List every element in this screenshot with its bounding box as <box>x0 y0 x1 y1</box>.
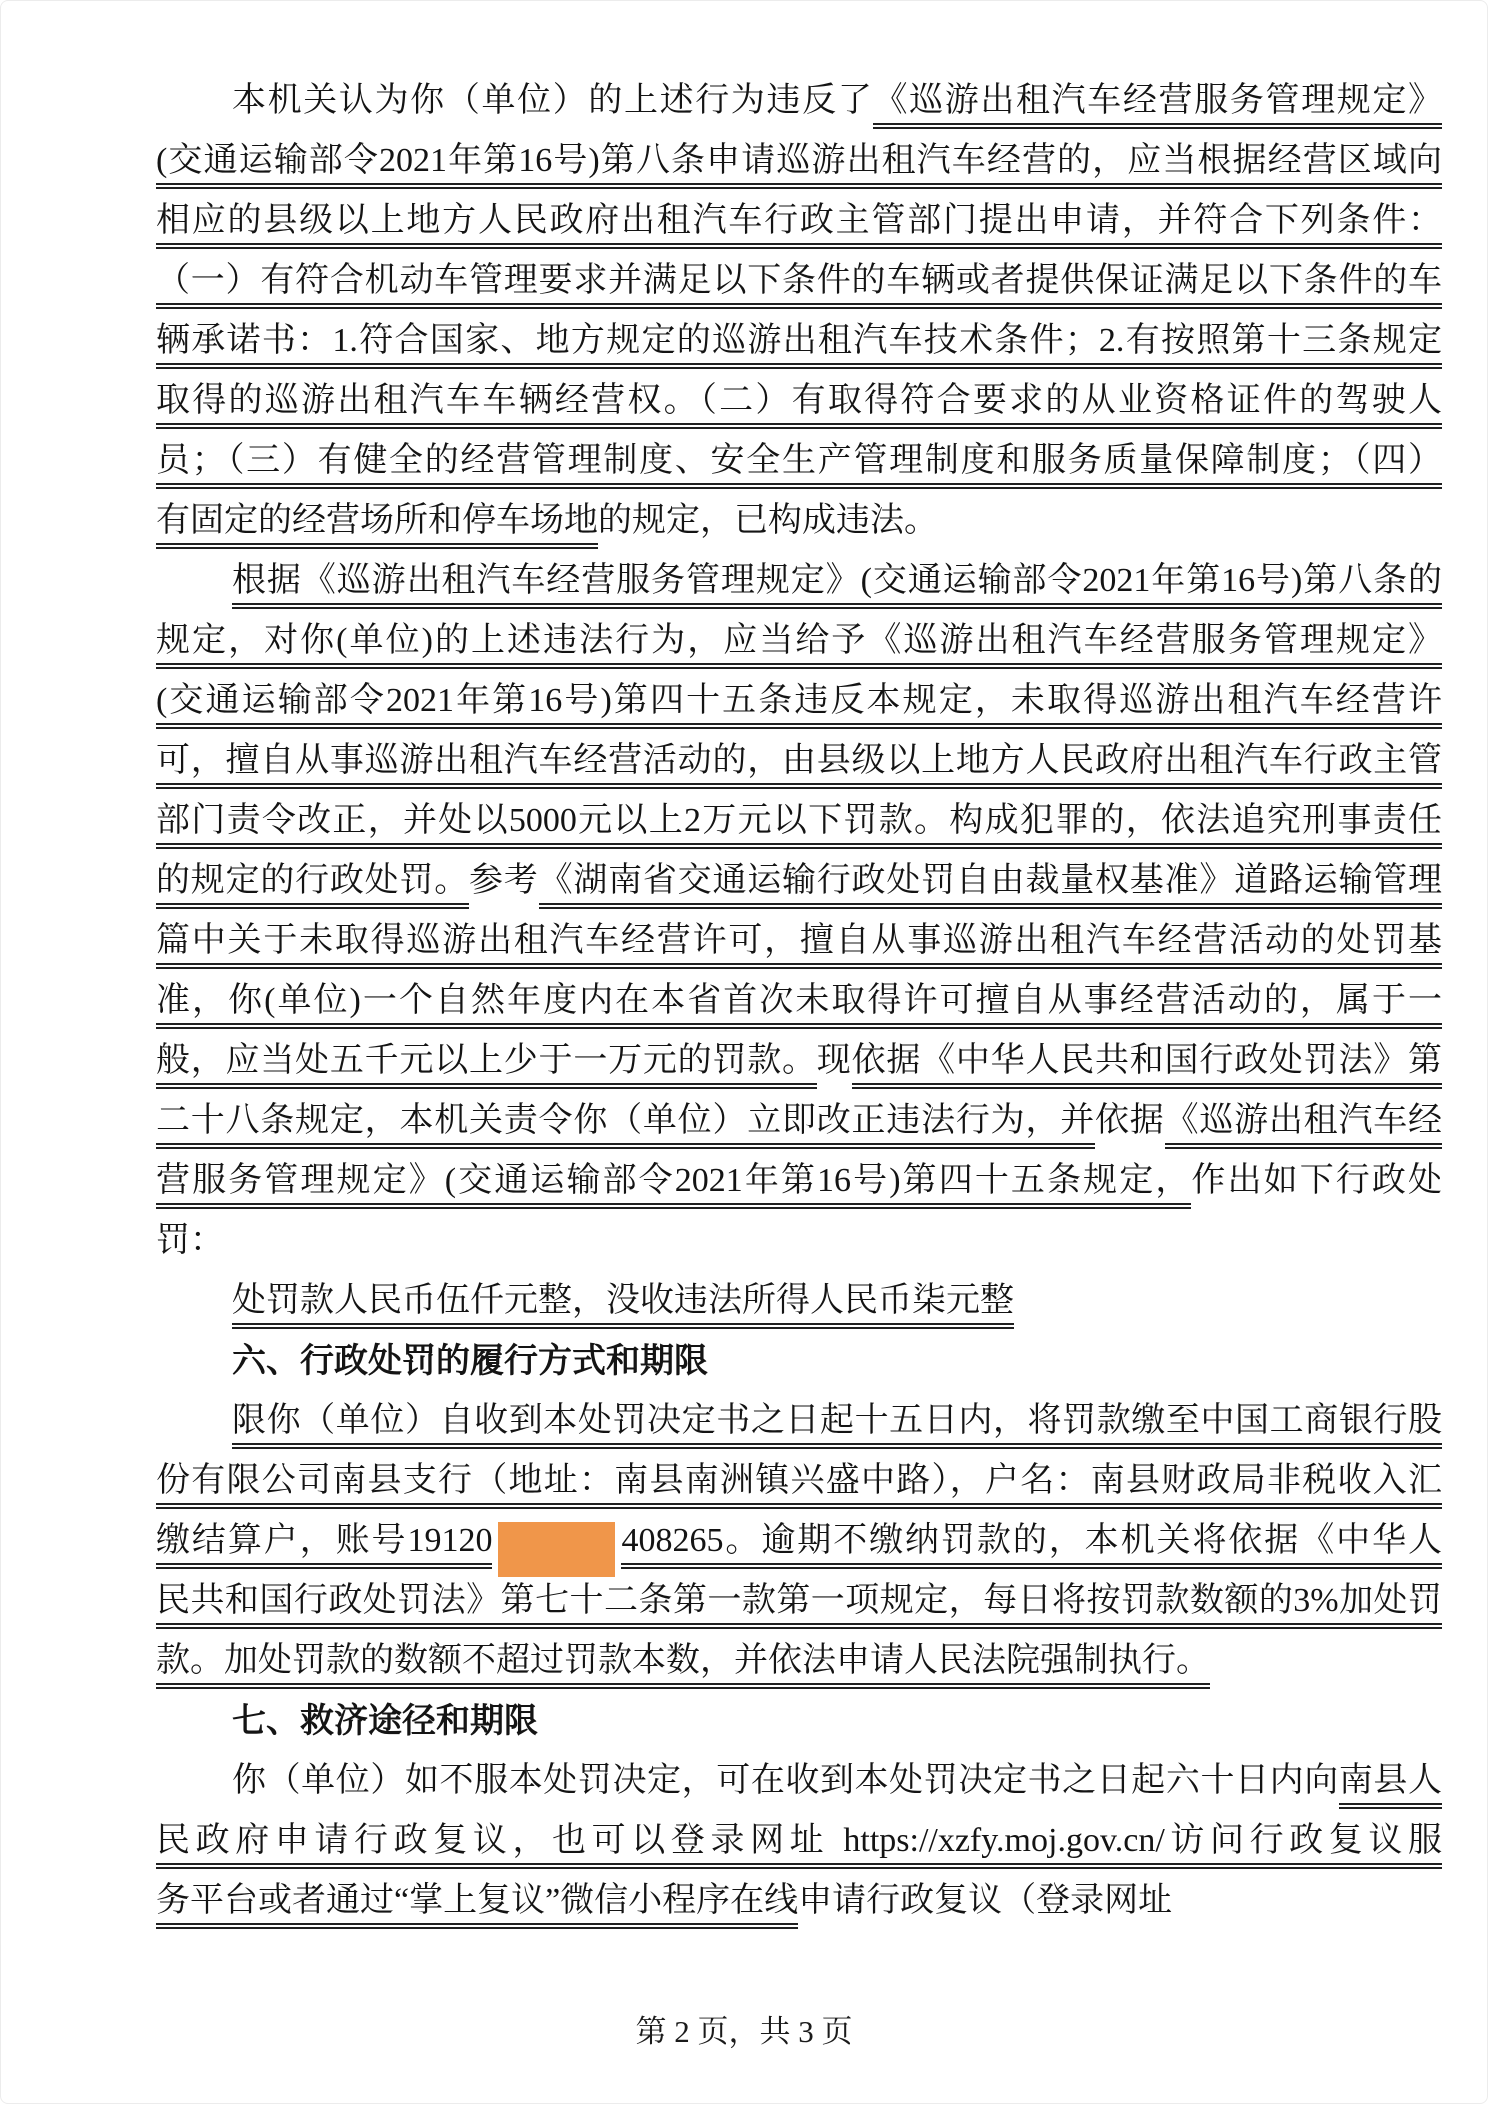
underlined-text-segment: 相应的县级以上地方人民政府出租汽车行政主管部门提出申请，并符合下列条件： <box>156 202 1442 249</box>
underlined-text-segment: 营服务管理规定》(交通运输部令2021年第16号)第四十五条规定， <box>156 1162 1191 1209</box>
underlined-text-segment: （一）有符合机动车管理要求并满足以下条件的车辆或者提供保证满足以下条件的车 <box>156 262 1442 309</box>
underlined-text-segment: 准，你(单位)一个自然年度内在本省首次未取得许可擅自从事经营活动的，属于一 <box>156 982 1442 1029</box>
underlined-text-segment: (交通运输部令2021年第16号)第四十五条违反本规定，未取得巡游出租汽车经营许 <box>156 682 1442 729</box>
text-segment: 本机关认为你（单位）的上述行为违反了 <box>232 82 873 119</box>
text-line: 款。加处罚款的数额不超过罚款本数，并依法申请人民法院强制执行。 <box>156 1631 1442 1691</box>
text-line: 限你（单位）自收到本处罚决定书之日起十五日内，将罚款缴至中国工商银行股 <box>156 1391 1442 1451</box>
document-page: 本机关认为你（单位）的上述行为违反了《巡游出租汽车经营服务管理规定》(交通运输部… <box>0 0 1488 2104</box>
underlined-text-segment: 有固定的经营场所和停车场地 <box>156 502 598 549</box>
text-segment: 的规定，已构成违法。 <box>598 502 938 539</box>
text-line: 民政府申请行政复议，也可以登录网址 https://xzfy.moj.gov.c… <box>156 1811 1442 1871</box>
text-line: 部门责令改正，并处以5000元以上2万元以下罚款。构成犯罪的，依法追究刑事责任 <box>156 791 1442 851</box>
text-line: 取得的巡游出租汽车车辆经营权。（二）有取得符合要求的从业资格证件的驾驶人 <box>156 371 1442 431</box>
text-line: 务平台或者通过“掌上复议”微信小程序在线申请行政复议（登录网址 <box>156 1871 1442 1931</box>
text-line: 民共和国行政处罚法》第七十二条第一款第一项规定，每日将按罚款数额的3%加处罚 <box>156 1571 1442 1631</box>
underlined-text-segment: 《巡游出租汽车经营服务管理规定》 <box>873 82 1442 129</box>
text-line: 缴结算户，账号19120408265。逾期不缴纳罚款的，本机关将依据《中华人 <box>156 1511 1442 1571</box>
text-line: 辆承诺书：1.符合国家、地方规定的巡游出租汽车技术条件；2.有按照第十三条规定 <box>156 311 1442 371</box>
text-line: 般，应当处五千元以上少于一万元的罚款。现依据《中华人民共和国行政处罚法》第 <box>156 1031 1442 1091</box>
text-line: 员；（三）有健全的经营管理制度、安全生产管理制度和服务质量保障制度；（四） <box>156 431 1442 491</box>
text-segment: 六、行政处罚的履行方式和期限 <box>232 1342 708 1380</box>
text-segment: 作出如下行政处 <box>1191 1162 1442 1199</box>
text-line: 相应的县级以上地方人民政府出租汽车行政主管部门提出申请，并符合下列条件： <box>156 191 1442 251</box>
page-number-footer: 第 2 页，共 3 页 <box>1 2006 1487 2051</box>
redaction-box <box>498 1522 615 1577</box>
underlined-text-segment: 份有限公司南县支行（地址：南县南洲镇兴盛中路），户名：南县财政局非税收入汇 <box>156 1462 1442 1509</box>
section-heading: 七、救济途径和期限 <box>156 1691 1442 1751</box>
text-segment: 现 <box>817 1042 852 1079</box>
underlined-text-segment: 取得的巡游出租汽车车辆经营权。（二）有取得符合要求的从业资格证件的驾驶人 <box>156 382 1442 429</box>
text-line: 根据《巡游出租汽车经营服务管理规定》(交通运输部令2021年第16号)第八条的 <box>156 551 1442 611</box>
underlined-text-segment: 依据《中华人民共和国行政处罚法》第 <box>852 1042 1442 1089</box>
underlined-text-segment: 民政府申请行政复议，也可以登录网址 https://xzfy.moj.gov.c… <box>156 1822 1442 1869</box>
underlined-text-segment: 408265。逾期不缴纳罚款的，本机关将依据《中华人 <box>621 1522 1442 1569</box>
text-line: 营服务管理规定》(交通运输部令2021年第16号)第四十五条规定，作出如下行政处 <box>156 1151 1442 1211</box>
underlined-text-segment: 《巡游出租汽车经 <box>1165 1102 1442 1149</box>
underlined-text-segment: 可，擅自从事巡游出租汽车经营活动的，由县级以上地方人民政府出租汽车行政主管 <box>156 742 1442 789</box>
text-line: 规定，对你(单位)的上述违法行为，应当给予《巡游出租汽车经营服务管理规定》 <box>156 611 1442 671</box>
text-line: (交通运输部令2021年第16号)第四十五条违反本规定，未取得巡游出租汽车经营许 <box>156 671 1442 731</box>
section-heading: 六、行政处罚的履行方式和期限 <box>156 1331 1442 1391</box>
underlined-text-segment: 辆承诺书：1.符合国家、地方规定的巡游出租汽车技术条件；2.有按照第十三条规定 <box>156 322 1442 369</box>
underlined-text-segment: 缴结算户，账号19120 <box>156 1522 492 1569</box>
underlined-text-segment: 务平台或者通过“掌上复议”微信小程序在线 <box>156 1882 798 1929</box>
underlined-text-segment: 部门责令改正，并处以5000元以上2万元以下罚款。构成犯罪的，依法追究刑事责任 <box>156 802 1442 849</box>
text-segment: 参考 <box>469 862 539 899</box>
text-line: （一）有符合机动车管理要求并满足以下条件的车辆或者提供保证满足以下条件的车 <box>156 251 1442 311</box>
document-body: 本机关认为你（单位）的上述行为违反了《巡游出租汽车经营服务管理规定》(交通运输部… <box>156 71 1442 1931</box>
underlined-text-segment: 根据《巡游出租汽车经营服务管理规定》(交通运输部令2021年第16号)第八条的 <box>232 562 1442 609</box>
text-line: 的规定的行政处罚。参考《湖南省交通运输行政处罚自由裁量权基准》道路运输管理 <box>156 851 1442 911</box>
text-line: 篇中关于未取得巡游出租汽车经营许可，擅自从事巡游出租汽车经营活动的处罚基 <box>156 911 1442 971</box>
text-line: 准，你(单位)一个自然年度内在本省首次未取得许可擅自从事经营活动的，属于一 <box>156 971 1442 1031</box>
text-line: 可，擅自从事巡游出租汽车经营活动的，由县级以上地方人民政府出租汽车行政主管 <box>156 731 1442 791</box>
text-segment: 你（单位）如不服本处罚决定，可在收到本处罚决定书之日起六十日内向 <box>232 1762 1339 1799</box>
text-line: 有固定的经营场所和停车场地的规定，已构成违法。 <box>156 491 1442 551</box>
underlined-text-segment: 《湖南省交通运输行政处罚自由裁量权基准》道路运输管理 <box>539 862 1442 909</box>
underlined-text-segment: 南县人 <box>1339 1762 1442 1809</box>
underlined-text-segment: 民共和国行政处罚法》第七十二条第一款第一项规定，每日将按罚款数额的3%加处罚 <box>156 1582 1442 1629</box>
text-line: 处罚款人民币伍仟元整，没收违法所得人民币柒元整 <box>156 1271 1442 1331</box>
underlined-text-segment: 般，应当处五千元以上少于一万元的罚款。 <box>156 1042 817 1089</box>
text-line: 你（单位）如不服本处罚决定，可在收到本处罚决定书之日起六十日内向南县人 <box>156 1751 1442 1811</box>
text-segment: 依据 <box>1095 1102 1165 1139</box>
underlined-text-segment: 的规定的行政处罚。 <box>156 862 469 909</box>
underlined-text-segment: (交通运输部令2021年第16号)第八条申请巡游出租汽车经营的，应当根据经营区域… <box>156 142 1442 189</box>
text-line: 二十八条规定，本机关责令你（单位）立即改正违法行为，并依据《巡游出租汽车经 <box>156 1091 1442 1151</box>
text-segment: 申请行政复议（登录网址 <box>798 1882 1172 1919</box>
text-line: 本机关认为你（单位）的上述行为违反了《巡游出租汽车经营服务管理规定》 <box>156 71 1442 131</box>
text-segment: 七、救济途径和期限 <box>232 1702 538 1740</box>
underlined-text-segment: 二十八条规定，本机关责令你（单位）立即改正违法行为，并 <box>156 1102 1095 1149</box>
text-line: 罚： <box>156 1211 1442 1271</box>
text-line: (交通运输部令2021年第16号)第八条申请巡游出租汽车经营的，应当根据经营区域… <box>156 131 1442 191</box>
underlined-text-segment: 限你（单位）自收到本处罚决定书之日起十五日内，将罚款缴至中国工商银行股 <box>232 1402 1442 1449</box>
underlined-text-segment: 员；（三）有健全的经营管理制度、安全生产管理制度和服务质量保障制度；（四） <box>156 442 1442 489</box>
underlined-text-segment: 处罚款人民币伍仟元整，没收违法所得人民币柒元整 <box>232 1282 1014 1329</box>
underlined-text-segment: 规定，对你(单位)的上述违法行为，应当给予《巡游出租汽车经营服务管理规定》 <box>156 622 1442 669</box>
text-line: 份有限公司南县支行（地址：南县南洲镇兴盛中路），户名：南县财政局非税收入汇 <box>156 1451 1442 1511</box>
underlined-text-segment: 款。加处罚款的数额不超过罚款本数，并依法申请人民法院强制执行。 <box>156 1642 1210 1689</box>
underlined-text-segment: 篇中关于未取得巡游出租汽车经营许可，擅自从事巡游出租汽车经营活动的处罚基 <box>156 922 1442 969</box>
text-segment: 罚： <box>156 1222 224 1259</box>
